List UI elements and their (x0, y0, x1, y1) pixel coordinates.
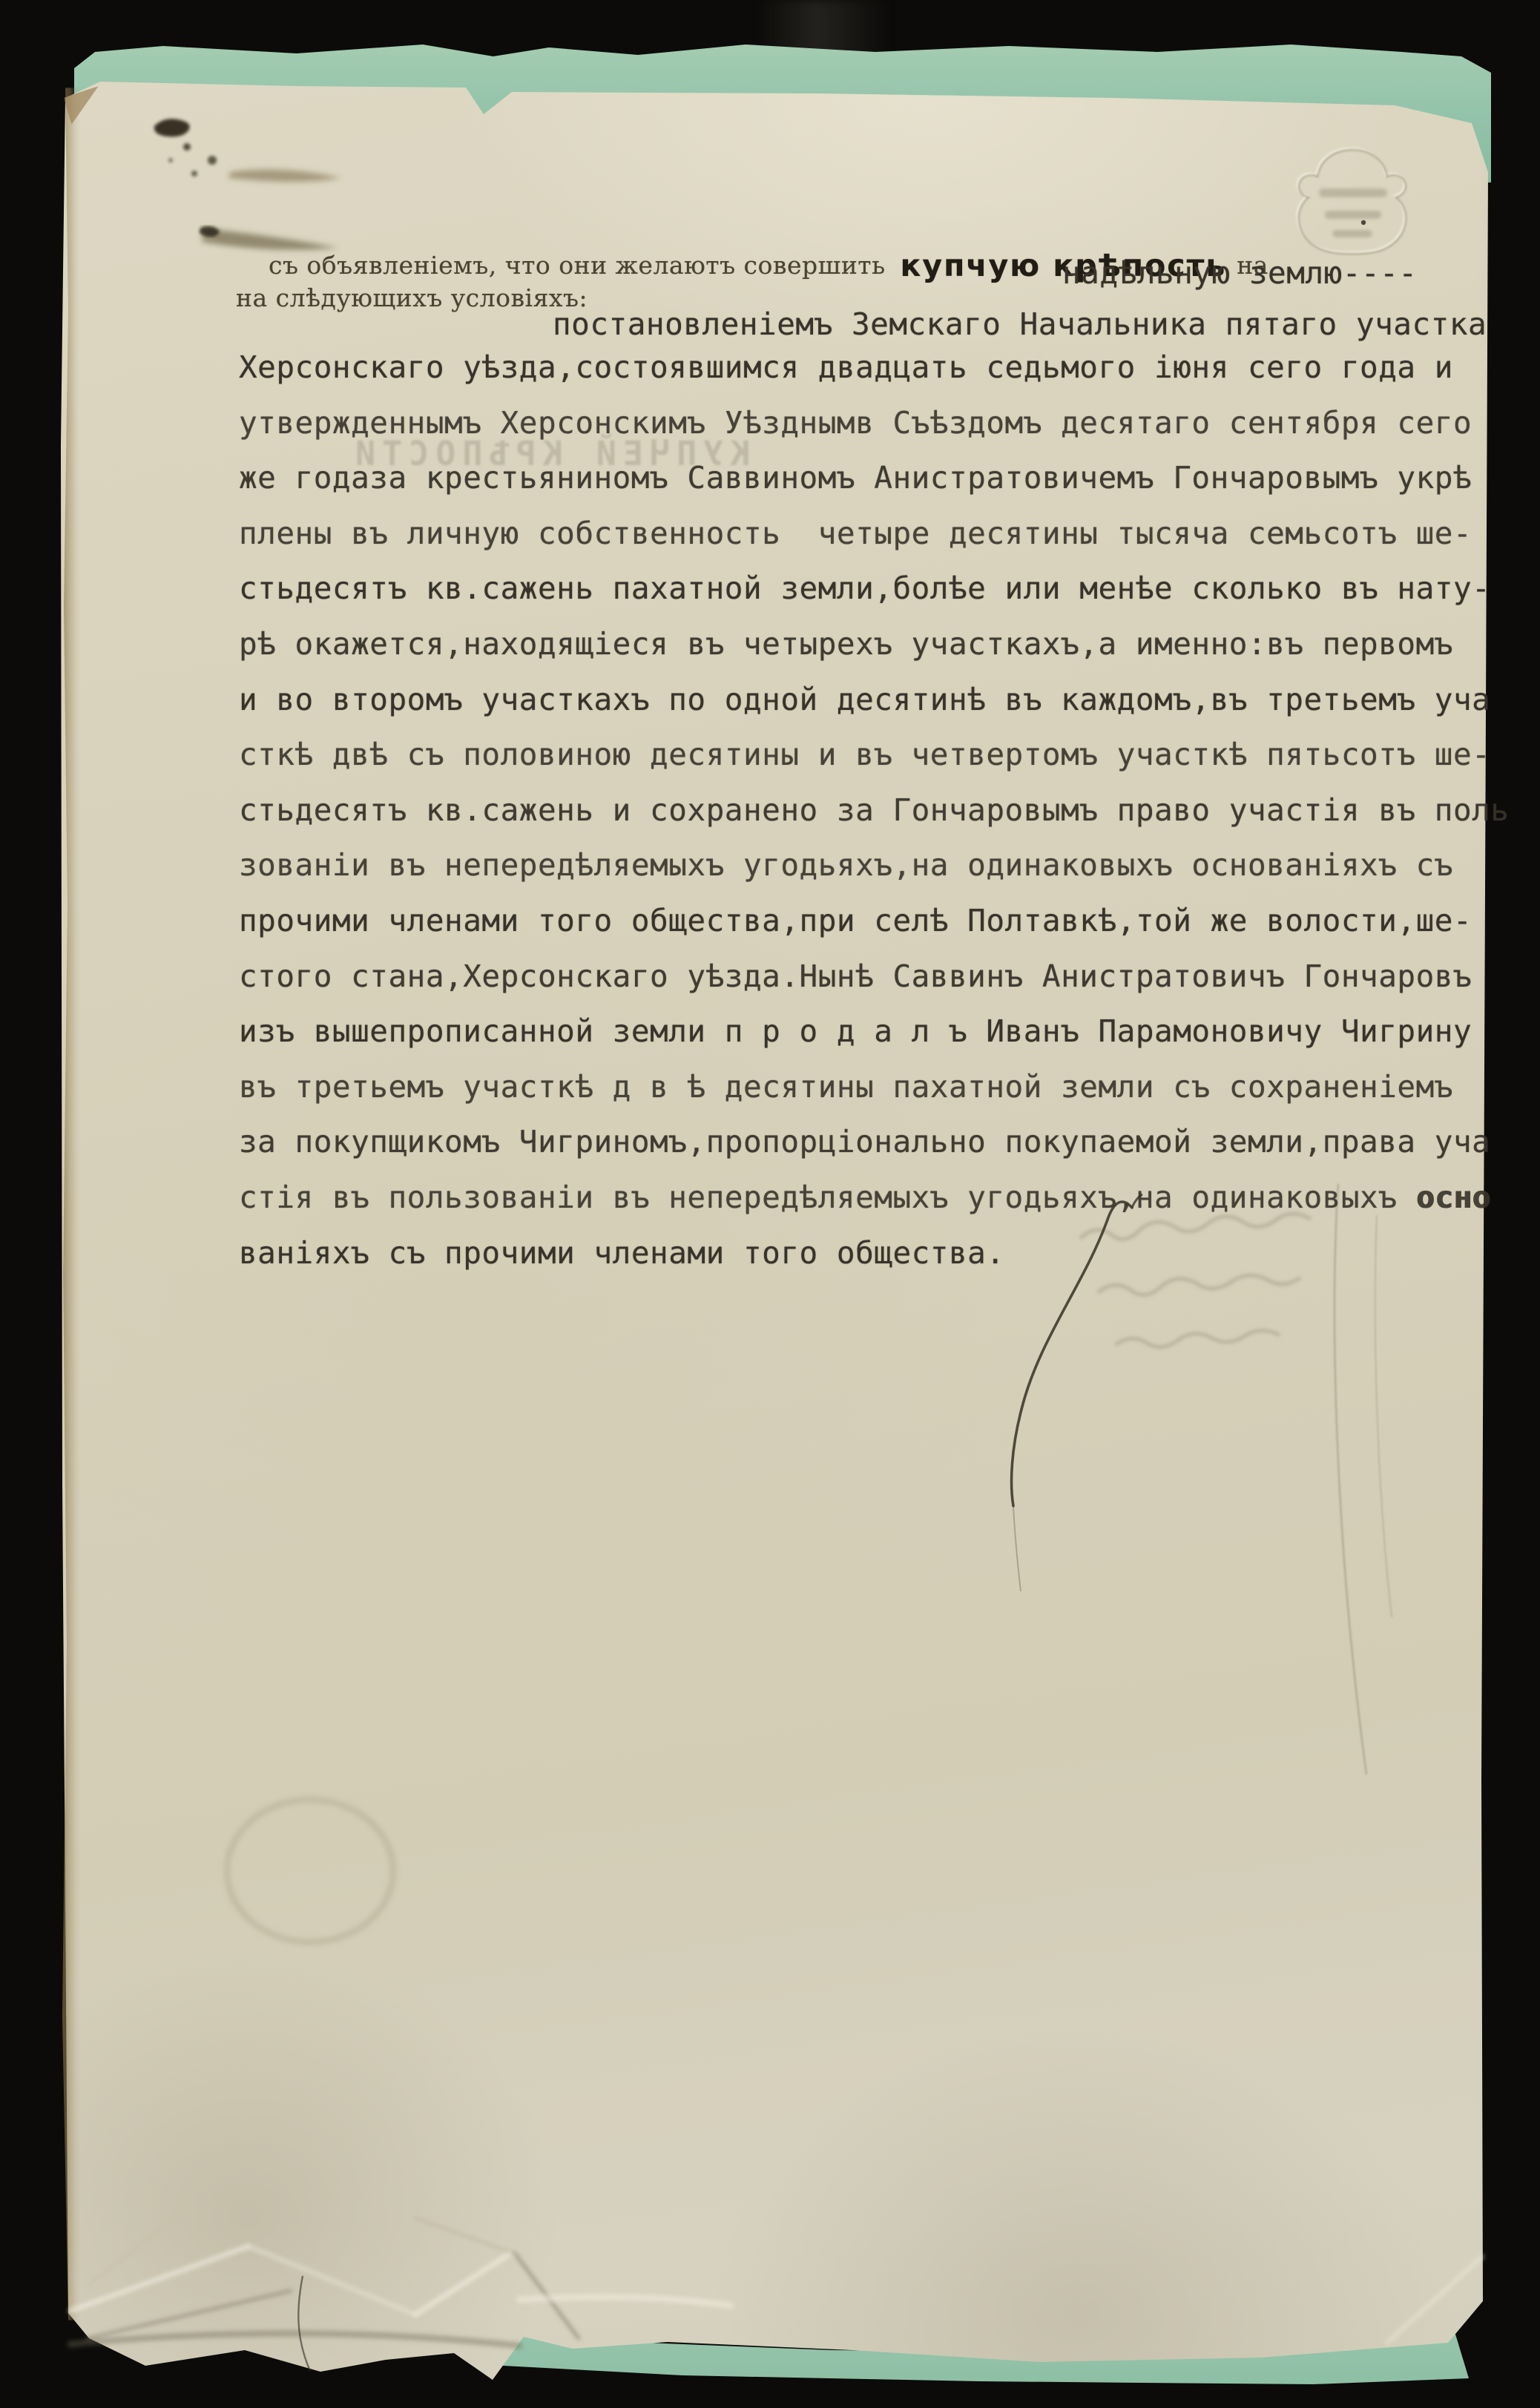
printed-form-line-2: на слѣдующихъ условіяхъ: (236, 283, 588, 313)
typed-line: стого стана,Херсонскаго уѣзда.Нынѣ Савви… (239, 949, 1510, 1004)
typed-body: Херсонскаго уѣзда,состоявшимся двадцать … (239, 340, 1510, 1280)
scan-background: съ объявленіемъ, что они желаютъ соверши… (0, 0, 1540, 2408)
typed-line: стія въ пользованіи въ непередѣляемыхъ у… (239, 1170, 1510, 1226)
typed-line: за покупщикомъ Чигриномъ,пропорціонально… (239, 1114, 1510, 1170)
typed-line: изъ вышепрописанной земли п р о д а л ъ … (239, 1004, 1510, 1059)
typed-line: ваніяхъ съ прочими членами того общества… (239, 1226, 1510, 1281)
typed-line: плены въ личную собственность четыре дес… (239, 506, 1510, 562)
typed-line: и во второмъ участкахъ по одной десятинѣ… (239, 672, 1510, 728)
embossed-stamp (1280, 139, 1425, 269)
typed-line: стьдесятъ кв.сажень и сохранено за Гонча… (239, 783, 1510, 838)
typed-line: въ третьемъ участкѣ д в ѣ десятины пахат… (239, 1059, 1510, 1115)
typed-line: же годаза крестьяниномъ Саввиномъ Анистр… (239, 450, 1510, 506)
typed-line: сткѣ двѣ съ половиною десятины и въ четв… (239, 727, 1510, 783)
typed-line: стьдесятъ кв.сажень пахатной земли,болѣе… (239, 561, 1510, 616)
typed-line: зованіи въ непередѣляемыхъ угодьяхъ,на о… (239, 838, 1510, 893)
typed-line: Херсонскаго уѣзда,состоявшимся двадцать … (239, 340, 1510, 395)
typed-line: прочими членами того общества,при селѣ П… (239, 893, 1510, 949)
typed-line: рѣ окажется,находящіеся въ четырехъ учас… (239, 616, 1510, 672)
crease-marks (0, 2174, 1540, 2408)
pen-stroke (987, 1187, 1179, 1602)
stain-ring (215, 1788, 408, 1958)
typed-line: утвержденнымъ Херсонскимъ Уѣзднымв Съѣзд… (239, 395, 1510, 451)
ink-smudge (141, 96, 386, 267)
